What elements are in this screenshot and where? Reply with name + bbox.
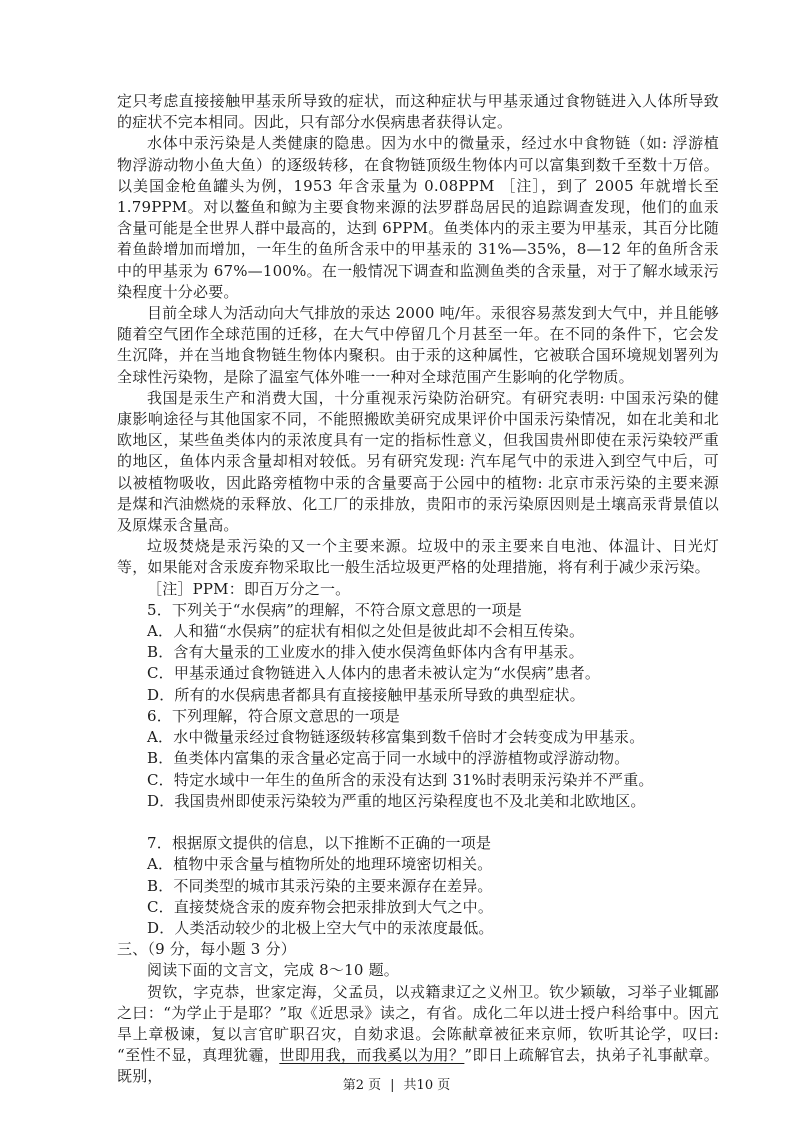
text-segment: D．所有的水俣病患者都具有直接接触甲基汞所导致的典型症状。	[147, 686, 585, 704]
question-7-option-d: D．人类活动较少的北极上空大气中的汞浓度最低。	[117, 918, 719, 939]
footnote-ppm: ［注］PPM：即百万分之一。	[117, 579, 719, 600]
text-segment: 水体中汞污染是人类健康的隐患。因为水中的微量汞，经过水中食物链（如: 浮游植物浮…	[117, 134, 719, 300]
text-segment: 定只考虑直接接触甲基汞所导致的症状，而这种症状与甲基汞通过食物链进入人体所导致的…	[117, 92, 719, 131]
text-segment: 7．根据原文提供的信息，以下推断不正确的一项是	[147, 834, 491, 852]
text-segment: A．植物中汞含量与植物所处的地理环境密切相关。	[147, 855, 492, 873]
paragraph-continuation: 定只考虑直接接触甲基汞所导致的症状，而这种症状与甲基汞通过食物链进入人体所导致的…	[117, 91, 719, 133]
text-segment: 垃圾焚烧是汞污染的又一个主要来源。垃圾中的汞主要来自电池、体温计、日光灯等，如果…	[117, 537, 719, 576]
text-segment: A．人和猫“水俣病”的症状有相似之处但是彼此却不会相互传染。	[147, 622, 584, 640]
text-segment: B．含有大量汞的工业废水的排入使水俣湾鱼虾体内含有甲基汞。	[147, 643, 584, 661]
underlined-phrase: 世即用我，而我奚以为用？	[279, 1046, 464, 1064]
text-segment: 目前全球人为活动向大气排放的汞达 2000 吨/年。汞很容易蒸发到大气中，并且能…	[117, 304, 719, 386]
question-6: 6．下列理解，符合原文意思的一项是	[117, 706, 719, 727]
reading-instruction: 阅读下面的文言文，完成 8～10 题。	[117, 960, 719, 981]
paragraph-china-research: 我国是汞生产和消费大国，十分重视汞污染防治研究。有研究表明: 中国汞污染的健康影…	[117, 388, 719, 536]
question-5-option-c: C．甲基汞通过食物链进入人体内的患者未被认定为“水俣病”患者。	[117, 663, 719, 684]
question-7-option-b: B．不同类型的城市其汞污染的主要来源存在差异。	[117, 876, 719, 897]
text-segment: D．人类活动较少的北极上空大气中的汞浓度最低。	[147, 919, 494, 937]
text-segment: B．鱼类体内富集的汞含量必定高于同一水域中的浮游植物或浮游动物。	[147, 749, 629, 767]
document-body: 定只考虑直接接触甲基汞所导致的症状，而这种症状与甲基汞通过食物链进入人体所导致的…	[117, 91, 719, 1088]
question-5-option-b: B．含有大量汞的工业废水的排入使水俣湾鱼虾体内含有甲基汞。	[117, 642, 719, 663]
page-footer: 第2 页|共10 页	[0, 1078, 793, 1094]
paragraph-atmosphere-mercury: 目前全球人为活动向大气排放的汞达 2000 吨/年。汞很容易蒸发到大气中，并且能…	[117, 303, 719, 388]
text-segment: D．我国贵州即使汞污染较为严重的地区污染程度也不及北美和北欧地区。	[147, 792, 646, 810]
text-segment: ［注］PPM：即百万分之一。	[147, 580, 350, 598]
paragraph-classical-heqin: 贺钦，字克恭，世家定海，父孟员，以戎籍隶辽之义州卫。钦少颖敏，习举子业辄鄙之曰：…	[117, 982, 719, 1088]
text-segment: 5．下列关于“水俣病”的理解，不符合原文意思的一项是	[147, 601, 522, 619]
question-6-option-d: D．我国贵州即使汞污染较为严重的地区污染程度也不及北美和北欧地区。	[117, 791, 719, 812]
text-segment: C．直接焚烧含汞的废弃物会把汞排放到大气之中。	[147, 898, 493, 916]
question-6-option-b: B．鱼类体内富集的汞含量必定高于同一水域中的浮游植物或浮游动物。	[117, 748, 719, 769]
text-segment: C．甲基汞通过食物链进入人体内的患者未被认定为“水俣病”患者。	[147, 664, 600, 682]
question-7: 7．根据原文提供的信息，以下推断不正确的一项是	[117, 833, 719, 854]
text-segment: 三、（9 分，每小题 3 分）	[117, 940, 296, 958]
question-7-option-c: C．直接焚烧含汞的废弃物会把汞排放到大气之中。	[117, 897, 719, 918]
question-6-option-a: A．水中微量汞经过食物链逐级转移富集到数千倍时才会转变成为甲基汞。	[117, 727, 719, 748]
text-segment: A．水中微量汞经过食物链逐级转移富集到数千倍时才会转变成为甲基汞。	[147, 728, 644, 746]
question-5-option-a: A．人和猫“水俣病”的症状有相似之处但是彼此却不会相互传染。	[117, 621, 719, 642]
footer-separator: |	[390, 1078, 394, 1094]
blank-line	[117, 812, 719, 833]
paragraph-water-mercury: 水体中汞污染是人类健康的隐患。因为水中的微量汞，经过水中食物链（如: 浮游植物浮…	[117, 133, 719, 303]
question-5-option-d: D．所有的水俣病患者都具有直接接触甲基汞所导致的典型症状。	[117, 685, 719, 706]
question-6-option-c: C．特定水域中一年生的鱼所含的汞没有达到 31%时表明汞污染并不严重。	[117, 770, 719, 791]
section-heading-three: 三、（9 分，每小题 3 分）	[117, 939, 719, 960]
text-segment: B．不同类型的城市其汞污染的主要来源存在差异。	[147, 877, 493, 895]
question-5: 5．下列关于“水俣病”的理解，不符合原文意思的一项是	[117, 600, 719, 621]
paragraph-waste-incineration: 垃圾焚烧是汞污染的又一个主要来源。垃圾中的汞主要来自电池、体温计、日光灯等，如果…	[117, 536, 719, 578]
text-segment: 我国是汞生产和消费大国，十分重视汞污染防治研究。有研究表明: 中国汞污染的健康影…	[117, 389, 719, 534]
text-segment: 6．下列理解，符合原文意思的一项是	[147, 707, 400, 725]
text-segment: 阅读下面的文言文，完成 8～10 题。	[147, 961, 399, 979]
footer-page-number: 第2 页	[343, 1078, 381, 1093]
question-7-option-a: A．植物中汞含量与植物所处的地理环境密切相关。	[117, 854, 719, 875]
text-segment: C．特定水域中一年生的鱼所含的汞没有达到 31%时表明汞污染并不严重。	[147, 771, 654, 789]
footer-total-pages: 共10 页	[404, 1078, 451, 1093]
document-page: 定只考虑直接接触甲基汞所导致的症状，而这种症状与甲基汞通过食物链进入人体所导致的…	[0, 0, 793, 1122]
